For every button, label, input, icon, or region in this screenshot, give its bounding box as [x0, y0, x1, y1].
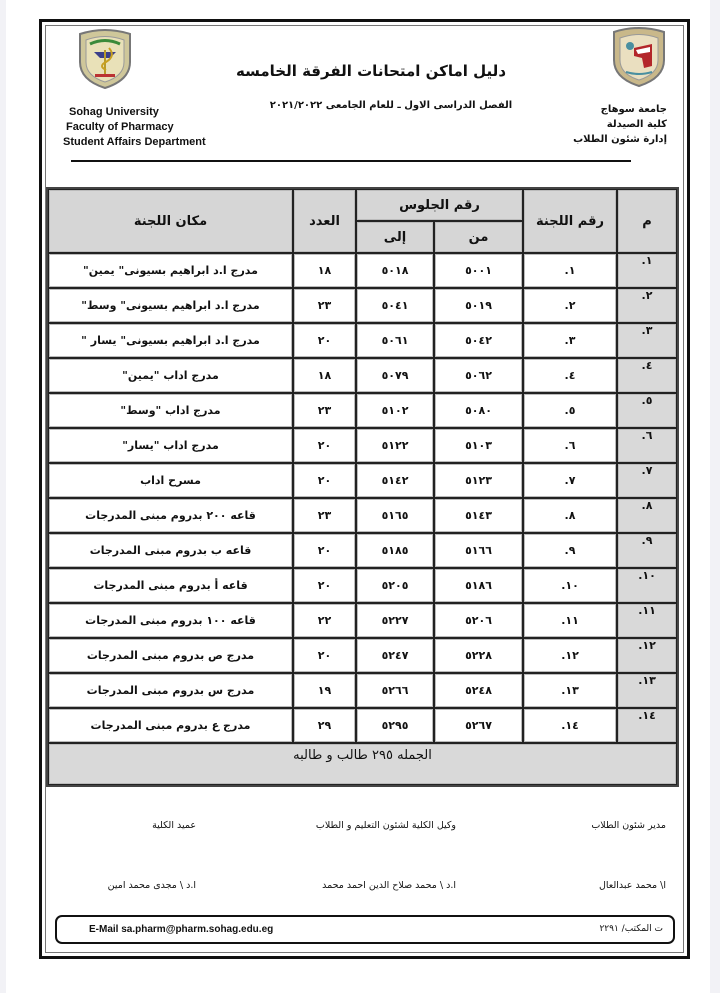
- committee-number: ١٣.: [523, 673, 617, 708]
- faculty-name-en: Faculty of Pharmacy: [63, 120, 206, 135]
- committee-place: مدرج س بدروم مبنى المدرجات: [48, 673, 293, 708]
- row-index: ٣.: [617, 323, 677, 358]
- committee-number: ٤.: [523, 358, 617, 393]
- student-count: ٢٩: [293, 708, 356, 743]
- english-institution-block: Sohag University Faculty of Pharmacy Stu…: [63, 105, 206, 150]
- header-divider: [71, 160, 631, 162]
- seat-from: ٥١٢٣: [434, 463, 523, 498]
- row-index: ١٢.: [617, 638, 677, 673]
- seat-from: ٥١٦٦: [434, 533, 523, 568]
- committee-place: قاعه ٢٠٠ بدروم مبنى المدرجات: [48, 498, 293, 533]
- row-index: ١١.: [617, 603, 677, 638]
- table-row: ١٢.١٢.٥٢٢٨٥٢٤٧٢٠مدرج ص بدروم مبنى المدرج…: [48, 638, 677, 673]
- student-count: ٢٠: [293, 463, 356, 498]
- seat-to: ٥٢٦٦: [356, 673, 434, 708]
- seat-from: ٥٢٦٧: [434, 708, 523, 743]
- header-from: من: [434, 221, 523, 253]
- department-name-ar: إدارة شئون الطلاب: [573, 132, 667, 147]
- table-row: ١٣.١٣.٥٢٤٨٥٢٦٦١٩مدرج س بدروم مبنى المدرج…: [48, 673, 677, 708]
- document-page: دليل اماكن امتحانات الفرقة الخامسه الفصل…: [6, 0, 710, 993]
- student-count: ٢٠: [293, 533, 356, 568]
- header-committee-number: رقم اللجنة: [523, 189, 617, 253]
- signature-name-dean: ا.د \ مجدى محمد امين: [108, 880, 196, 891]
- seat-to: ٥١٠٢: [356, 393, 434, 428]
- total-students: الجمله ٢٩٥ طالب و طالبه: [48, 743, 677, 785]
- table-row: ٢.٢.٥٠١٩٥٠٤١٢٣مدرج ا.د ابراهيم بسيونى" و…: [48, 288, 677, 323]
- row-index: ٤.: [617, 358, 677, 393]
- committee-number: ٩.: [523, 533, 617, 568]
- student-count: ٢٠: [293, 428, 356, 463]
- committee-place: مسرح اداب: [48, 463, 293, 498]
- seat-from: ٥٠٤٢: [434, 323, 523, 358]
- committee-number: ١٠.: [523, 568, 617, 603]
- seat-to: ٥١٦٥: [356, 498, 434, 533]
- seat-to: ٥١٨٥: [356, 533, 434, 568]
- student-count: ٢٠: [293, 638, 356, 673]
- seat-from: ٥١٨٦: [434, 568, 523, 603]
- contact-box: E-Mail sa.pharm@pharm.sohag.edu.eg ت الم…: [55, 915, 675, 944]
- committee-number: ٣.: [523, 323, 617, 358]
- table-row: ٦.٦.٥١٠٣٥١٢٢٢٠مدرج اداب "يسار": [48, 428, 677, 463]
- arabic-institution-block: جامعة سوهاج كلية الصيدلة إدارة شئون الطل…: [573, 102, 667, 147]
- committee-place: مدرج ا.د ابراهيم بسيونى" يمين": [48, 253, 293, 288]
- committee-place: قاعه ب بدروم مبنى المدرجات: [48, 533, 293, 568]
- department-name-en: Student Affairs Department: [63, 135, 206, 150]
- row-index: ٢.: [617, 288, 677, 323]
- faculty-name-ar: كلية الصيدلة: [573, 117, 667, 132]
- student-count: ٢٠: [293, 568, 356, 603]
- pharmacy-faculty-logo-icon: [76, 28, 134, 90]
- seat-from: ٥٠٠١: [434, 253, 523, 288]
- committee-place: مدرج اداب "وسط": [48, 393, 293, 428]
- seat-from: ٥٠٦٢: [434, 358, 523, 393]
- committee-place: قاعه أ بدروم مبنى المدرجات: [48, 568, 293, 603]
- committee-number: ١.: [523, 253, 617, 288]
- seat-from: ٥٢٤٨: [434, 673, 523, 708]
- university-name-en: Sohag University: [63, 105, 206, 120]
- signature-title-vice-dean: وكيل الكلية لشئون التعليم و الطلاب: [316, 820, 456, 831]
- row-index: ١.: [617, 253, 677, 288]
- student-count: ٢٣: [293, 288, 356, 323]
- university-name-ar: جامعة سوهاج: [573, 102, 667, 117]
- committee-place: مدرج ا.د ابراهيم بسيونى" وسط": [48, 288, 293, 323]
- seat-from: ٥٠٨٠: [434, 393, 523, 428]
- student-count: ١٨: [293, 253, 356, 288]
- row-index: ٨.: [617, 498, 677, 533]
- student-count: ٢٣: [293, 393, 356, 428]
- seat-to: ٥٠٤١: [356, 288, 434, 323]
- committee-place: مدرج ع بدروم مبنى المدرجات: [48, 708, 293, 743]
- row-index: ٥.: [617, 393, 677, 428]
- seat-from: ٥١٠٣: [434, 428, 523, 463]
- signature-title-student-affairs-manager: مدير شئون الطلاب: [591, 820, 666, 831]
- header-count: العدد: [293, 189, 356, 253]
- committee-place: مدرج ص بدروم مبنى المدرجات: [48, 638, 293, 673]
- table-row: ٨.٨.٥١٤٣٥١٦٥٢٣قاعه ٢٠٠ بدروم مبنى المدرج…: [48, 498, 677, 533]
- committee-number: ٦.: [523, 428, 617, 463]
- table-row: ١٤.١٤.٥٢٦٧٥٢٩٥٢٩مدرج ع بدروم مبنى المدرج…: [48, 708, 677, 743]
- table-row: ٣.٣.٥٠٤٢٥٠٦١٢٠مدرج ا.د ابراهيم بسيونى" ي…: [48, 323, 677, 358]
- seat-from: ٥٢٢٨: [434, 638, 523, 673]
- header-index: م: [617, 189, 677, 253]
- row-index: ٦.: [617, 428, 677, 463]
- header-place: مكان اللجنة: [48, 189, 293, 253]
- table-row: ٧.٧.٥١٢٣٥١٤٢٢٠مسرح اداب: [48, 463, 677, 498]
- committee-number: ٥.: [523, 393, 617, 428]
- committee-number: ٢.: [523, 288, 617, 323]
- seat-to: ٥٠٦١: [356, 323, 434, 358]
- row-index: ١٣.: [617, 673, 677, 708]
- student-count: ٢٠: [293, 323, 356, 358]
- seat-to: ٥١٤٢: [356, 463, 434, 498]
- seat-from: ٥٢٠٦: [434, 603, 523, 638]
- seat-to: ٥٠١٨: [356, 253, 434, 288]
- committee-number: ١٤.: [523, 708, 617, 743]
- seat-from: ٥٠١٩: [434, 288, 523, 323]
- row-index: ٧.: [617, 463, 677, 498]
- signature-title-dean: عميد الكلية: [152, 820, 196, 831]
- committee-place: مدرج ا.د ابراهيم بسيونى" يسار ": [48, 323, 293, 358]
- student-count: ١٨: [293, 358, 356, 393]
- committee-number: ١٢.: [523, 638, 617, 673]
- seat-to: ٥١٢٢: [356, 428, 434, 463]
- committee-place: مدرج اداب "يسار": [48, 428, 293, 463]
- student-count: ٢٢: [293, 603, 356, 638]
- table-row: ١١.١١.٥٢٠٦٥٢٢٧٢٢قاعه ١٠٠ بدروم مبنى المد…: [48, 603, 677, 638]
- header-seat-number: رقم الجلوس: [356, 189, 523, 221]
- office-phone: ت المكتب/ ٢٢٩١: [599, 924, 663, 934]
- seat-from: ٥١٤٣: [434, 498, 523, 533]
- seat-to: ٥٢٠٥: [356, 568, 434, 603]
- signature-name-vice-dean: ا.د \ محمد صلاح الدين احمد محمد: [322, 880, 456, 891]
- committee-place: قاعه ١٠٠ بدروم مبنى المدرجات: [48, 603, 293, 638]
- student-count: ١٩: [293, 673, 356, 708]
- signature-name-student-affairs-manager: ا\ محمد عبدالعال: [599, 880, 666, 891]
- header-to: إلى: [356, 221, 434, 253]
- row-index: ١٤.: [617, 708, 677, 743]
- table-row: ٥.٥.٥٠٨٠٥١٠٢٢٣مدرج اداب "وسط": [48, 393, 677, 428]
- table-row: ٤.٤.٥٠٦٢٥٠٧٩١٨مدرج اداب "يمين": [48, 358, 677, 393]
- seat-to: ٥٠٧٩: [356, 358, 434, 393]
- document-title: دليل اماكن امتحانات الفرقة الخامسه: [206, 62, 536, 80]
- row-index: ٩.: [617, 533, 677, 568]
- row-index: ١٠.: [617, 568, 677, 603]
- table-row: ١.١.٥٠٠١٥٠١٨١٨مدرج ا.د ابراهيم بسيونى" ي…: [48, 253, 677, 288]
- committee-number: ٨.: [523, 498, 617, 533]
- seat-to: ٥٢٩٥: [356, 708, 434, 743]
- committee-place: مدرج اداب "يمين": [48, 358, 293, 393]
- committee-number: ١١.: [523, 603, 617, 638]
- table-row: ١٠.١٠.٥١٨٦٥٢٠٥٢٠قاعه أ بدروم مبنى المدرج…: [48, 568, 677, 603]
- semester-subtitle: الفصل الدراسى الاول ـ للعام الجامعى ٢٠٢١…: [246, 100, 536, 111]
- exam-locations-table: م رقم اللجنة رقم الجلوس العدد مكان اللجن…: [46, 187, 679, 787]
- committee-number: ٧.: [523, 463, 617, 498]
- sohag-university-logo-icon: [610, 26, 668, 88]
- table-row: ٩.٩.٥١٦٦٥١٨٥٢٠قاعه ب بدروم مبنى المدرجات: [48, 533, 677, 568]
- contact-email: E-Mail sa.pharm@pharm.sohag.edu.eg: [89, 924, 273, 935]
- seat-to: ٥٢٢٧: [356, 603, 434, 638]
- student-count: ٢٣: [293, 498, 356, 533]
- seat-to: ٥٢٤٧: [356, 638, 434, 673]
